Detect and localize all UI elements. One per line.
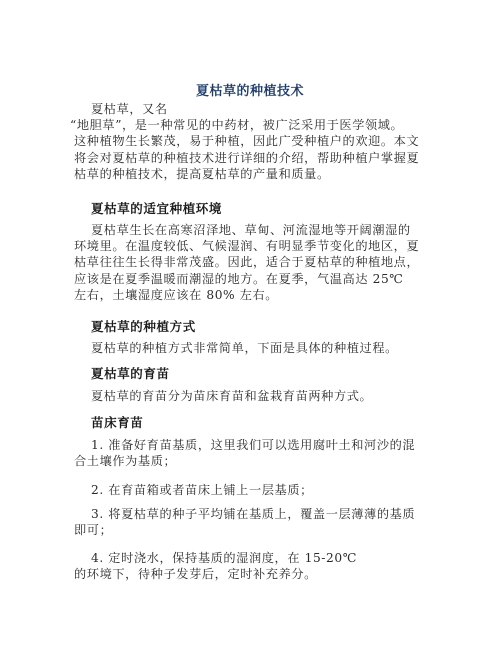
text-line: 环境里。在温度较低、气候湿润、有明显季节变化的地区，夏 [74, 238, 428, 254]
step-2: 2. 在育苗箱或者苗床上铺上一层基质； [74, 482, 428, 498]
section-heading-environment: 夏枯草的适宜种植环境 [91, 199, 222, 217]
step-1: 1. 准备好育苗基质，这里我们可以选用腐叶土和河沙的混 合土壤作为基质； [74, 437, 428, 469]
text-line: 夏枯草的种植方式非常简单，下面是具体的种植过程。 [74, 340, 428, 356]
text-line: 枯草往往生长得非常茂盛。因此，适合于夏枯草的种植地点， [74, 254, 428, 270]
seedling-paragraph: 夏枯草的育苗分为苗床育苗和盆栽育苗两种方式。 [74, 388, 428, 404]
text-line: 夏枯草生长在高寒沼泽地、草甸、河流湿地等开阔潮湿的 [74, 222, 428, 238]
text-line: 夏枯草的育苗分为苗床育苗和盆栽育苗两种方式。 [74, 388, 428, 404]
text-line: 应该是在夏季温暖而潮湿的地方。在夏季，气温高达 25℃ [74, 271, 428, 287]
text-line: 的环境下，待种子发芽后，定时补充养分。 [74, 566, 428, 582]
text-line: 这种植物生长繁茂，易于种植，因此广受种植户的欢迎。本文 [74, 133, 428, 149]
text-line: 3. 将夏枯草的种子平均铺在基质上，覆盖一层薄薄的基质 [74, 506, 428, 522]
intro-paragraph: 夏枯草，又名 “地胆草”，是一种常见的中药材，被广泛采用于医学领域。 这种植物生… [74, 101, 428, 182]
text-line: 左右，土壤湿度应该在 80% 左右。 [74, 287, 428, 303]
document-title: 夏枯草的种植技术 [0, 80, 500, 99]
text-line: 合土壤作为基质； [74, 453, 428, 469]
text-line: 即可； [74, 522, 428, 538]
section-heading-seedling: 夏枯草的育苗 [91, 364, 170, 382]
text-line: 2. 在育苗箱或者苗床上铺上一层基质； [74, 482, 428, 498]
step-3: 3. 将夏枯草的种子平均铺在基质上，覆盖一层薄薄的基质 即可； [74, 506, 428, 538]
text-line: “地胆草”，是一种常见的中药材，被广泛采用于医学领域。 [70, 117, 428, 133]
text-line: 将会对夏枯草的种植技术进行详细的介绍，帮助种植户掌握夏 [74, 150, 428, 166]
environment-paragraph: 夏枯草生长在高寒沼泽地、草甸、河流湿地等开阔潮湿的 环境里。在温度较低、气候湿润… [74, 222, 428, 303]
text-line: 4. 定时浇水，保持基质的湿润度，在 15-20℃ [74, 550, 428, 566]
step-4: 4. 定时浇水，保持基质的湿润度，在 15-20℃ 的环境下，待种子发芽后，定时… [74, 550, 428, 582]
section-heading-method: 夏枯草的种植方式 [91, 317, 196, 335]
text-line: 夏枯草，又名 [74, 101, 428, 117]
text-line: 枯草的种植技术，提高夏枯草的产量和质量。 [74, 166, 428, 182]
method-paragraph: 夏枯草的种植方式非常简单，下面是具体的种植过程。 [74, 340, 428, 356]
text-line: 1. 准备好育苗基质，这里我们可以选用腐叶土和河沙的混 [74, 437, 428, 453]
section-heading-seedbed: 苗床育苗 [91, 413, 143, 431]
